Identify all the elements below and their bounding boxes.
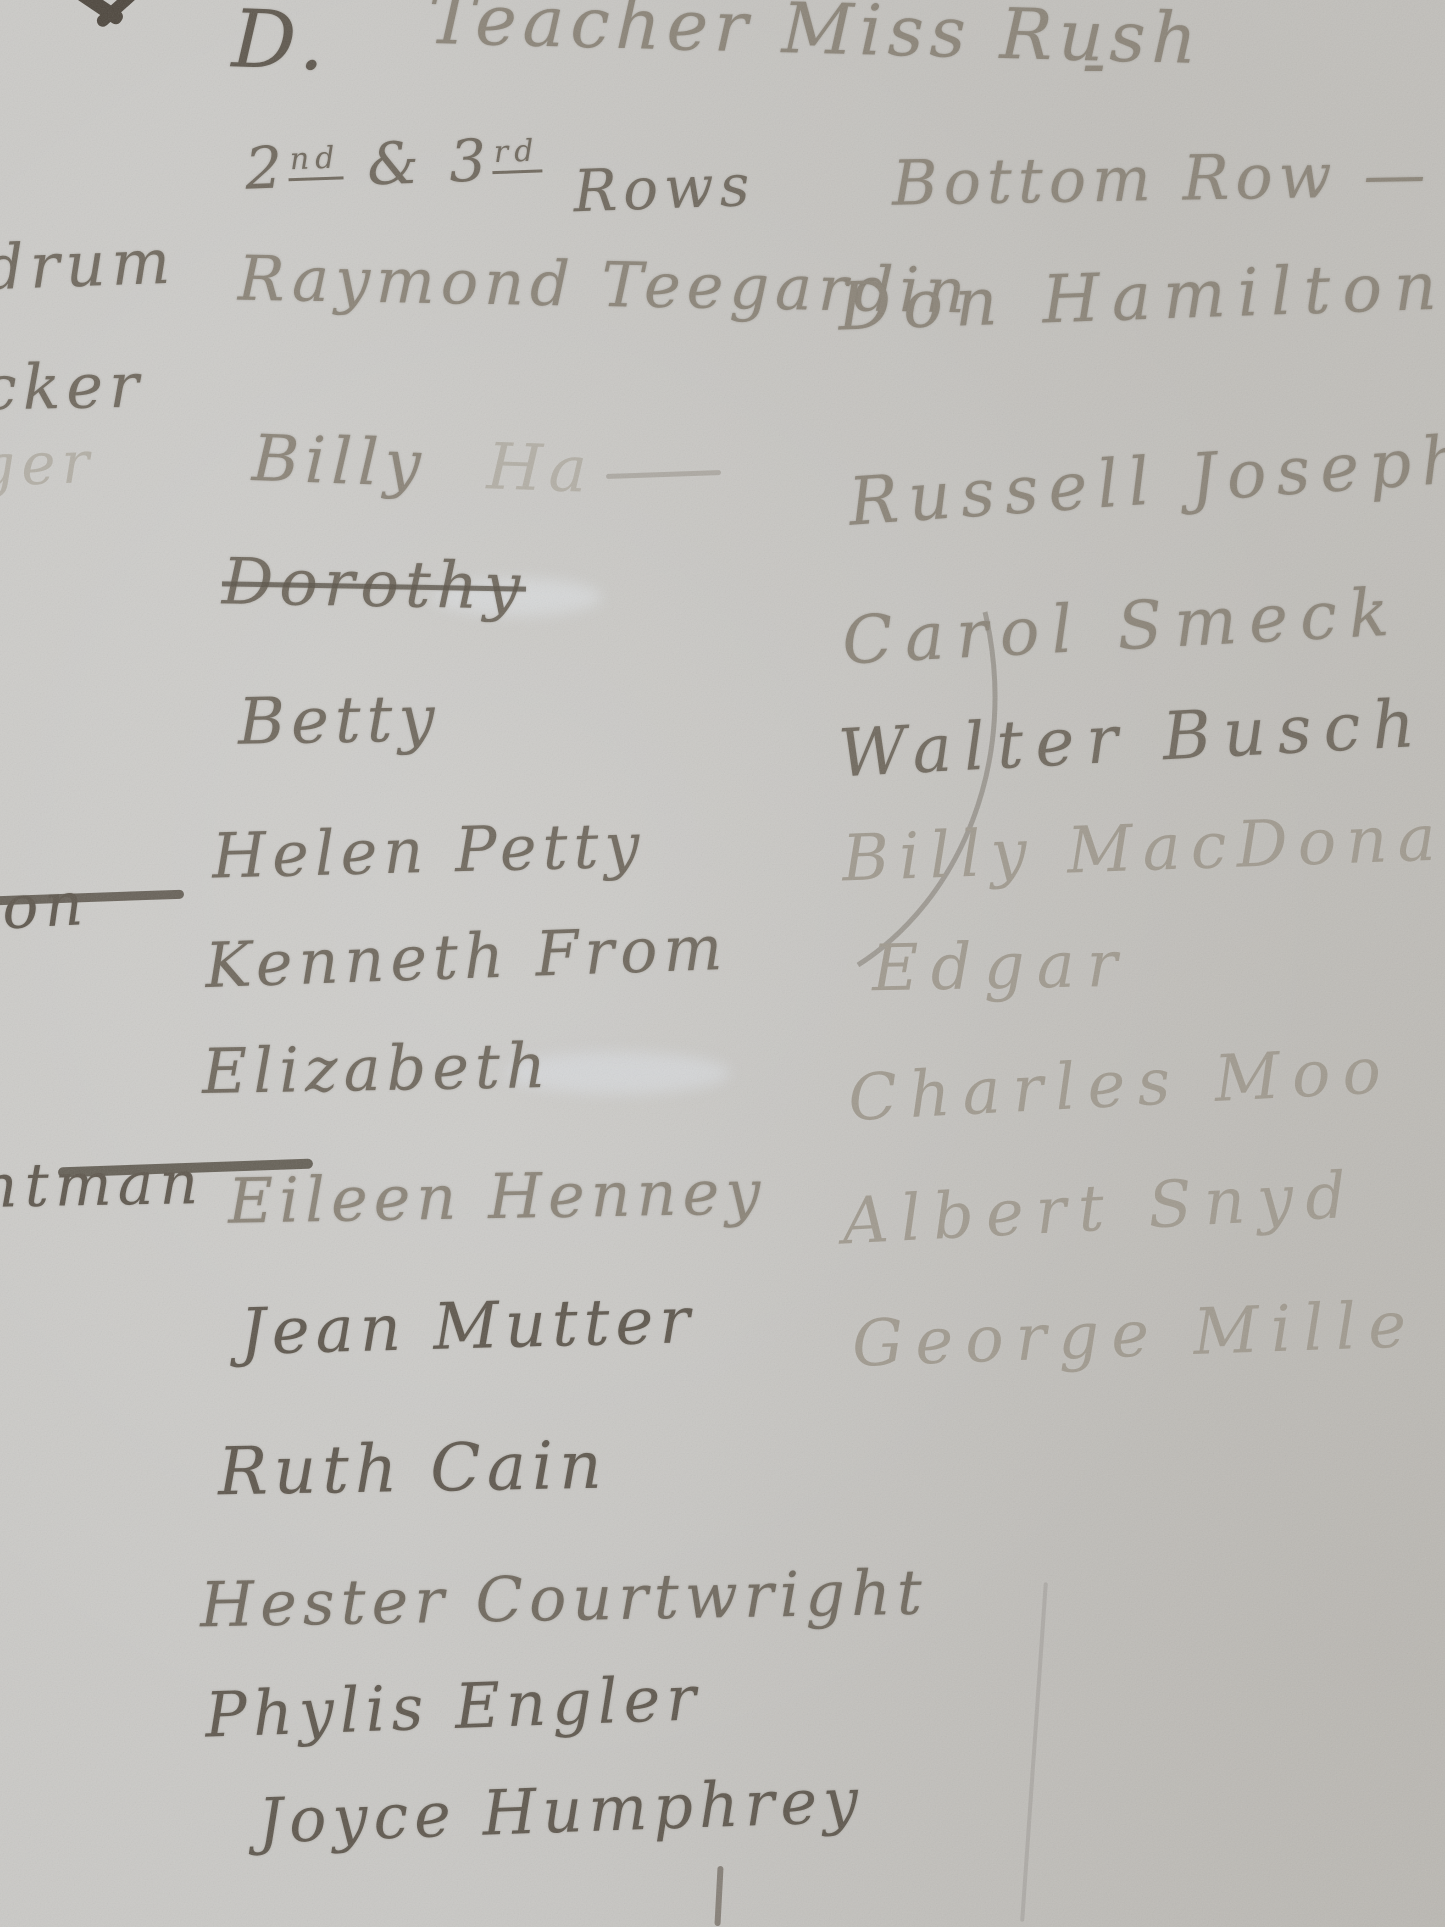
handwritten-name: Eileen Henney (227, 1155, 766, 1237)
handwritten-name: Charles Moo (846, 1034, 1394, 1136)
handwritten-name: Jean Mutter (239, 1284, 697, 1370)
handwritten-name: Helen Petty (211, 808, 646, 892)
right-column-header: Bottom Row — (891, 137, 1432, 219)
handwritten-name: Walter Busch (836, 685, 1428, 793)
handwritten-name: Phylis Engler (204, 1661, 703, 1751)
handwritten-name: Elizabeth (201, 1029, 552, 1108)
handwritten-name: George Mille (851, 1288, 1419, 1382)
header-word-rows: Rows (572, 151, 756, 225)
handwritten-name: Albert Snyd (840, 1159, 1360, 1260)
header-ampersand: & (366, 129, 426, 199)
handwritten-name: Joyce Humphrey (257, 1763, 865, 1857)
left-fragment-name-faint: ger (0, 428, 96, 500)
photo-back-of-print: D. Teacher Miss Rush - drum cker ger ton… (0, 0, 1445, 1927)
name-erased-part: Ha (486, 430, 594, 508)
handwritten-name: Billy MacDona (841, 801, 1445, 896)
middle-column-header: 2nd & 3rd Rows (244, 117, 749, 203)
header-ordinal: nd (287, 140, 343, 181)
handwritten-name: Russell Joseph (846, 420, 1445, 540)
header-ordinal: rd (491, 133, 542, 174)
title-initial: D. (230, 0, 332, 89)
header-num: 2 (244, 133, 289, 202)
right-header-text: Bottom Row (891, 139, 1338, 220)
left-fragment-name: cker (0, 349, 145, 425)
handwritten-name: Carol Smeck (840, 573, 1402, 679)
handwritten-name: Edgar (871, 928, 1130, 1006)
handwritten-name: Ruth Cain (217, 1427, 608, 1511)
left-fragment-name: ton (0, 869, 91, 945)
handwritten-name-partially-erased: Billy Ha (251, 422, 594, 508)
erased-pen-dash (606, 470, 721, 479)
right-header-dash: — (1363, 137, 1432, 211)
handwritten-name: Betty (237, 682, 441, 760)
handwritten-name: Hester Courtwright (199, 1556, 928, 1642)
hair-scratch (1020, 1582, 1048, 1921)
header-num: 3 (448, 126, 493, 195)
pen-stroke (714, 1866, 723, 1926)
title-dash: - (1082, 22, 1112, 104)
left-fragment-name: htman (0, 1148, 205, 1222)
name-kept-part: Billy (251, 422, 428, 502)
left-fragment-name: drum (0, 225, 177, 305)
handwritten-name-crossed-out: Dorothy (221, 545, 526, 624)
handwritten-name: Kenneth From (204, 911, 729, 1002)
